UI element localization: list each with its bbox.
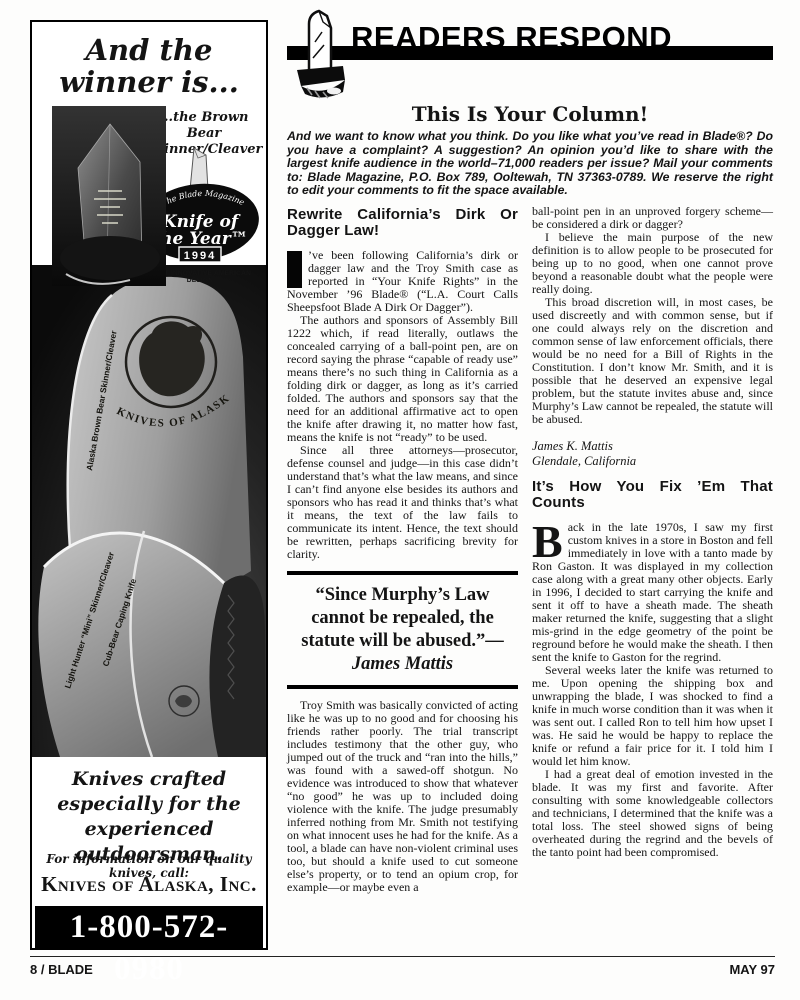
footer-issue-date: MAY 97	[729, 962, 775, 977]
knife-trophy-icon	[289, 8, 349, 104]
ad-company-name: Knives of Alaska, Inc.	[32, 872, 266, 897]
readers-respond-section: READERS RESPOND This Is Your Column! And…	[287, 8, 773, 894]
trophy-photo-graphic	[52, 106, 166, 286]
badge-year: 1994	[184, 250, 216, 262]
knives-of-alaska-ad: And the winner is...	[30, 20, 268, 950]
letter2-heading: It’s How You Fix ’Em That Counts	[532, 479, 773, 512]
letter1-heading: Rewrite California’s Dirk Or Dagger Law!	[287, 207, 518, 240]
letters-columns: Rewrite California’s Dirk Or Dagger Law!…	[287, 205, 773, 894]
pull-quote-text: “Since Murphy’s Law cannot be repealed, …	[301, 585, 504, 651]
column-intro-title: This Is Your Column!	[287, 102, 773, 126]
letter1-paragraph: Since all three attorneys—prosecutor, de…	[287, 444, 518, 561]
magazine-page: And the winner is...	[0, 0, 800, 1000]
signature-location: Glendale, California	[532, 454, 773, 469]
page-footer: 8 / BLADE MAY 97	[30, 962, 775, 977]
footer-page-number: 8 / BLADE	[30, 962, 93, 977]
column-intro: This Is Your Column! And we want to know…	[287, 102, 773, 198]
ad-phone-number: 1-800-572-0980	[35, 906, 263, 948]
column-right: ball-point pen in an unproved forgery sc…	[532, 205, 773, 894]
section-title: READERS RESPOND	[351, 20, 672, 56]
dropcap-i: I	[287, 251, 302, 288]
column-intro-body: And we want to know what you think. Do y…	[287, 130, 773, 198]
ad-headline: And the winner is...	[32, 34, 266, 98]
letter1-paragraph: I believe the main purpose of the new de…	[532, 231, 773, 296]
signature-name: James K. Mattis	[532, 439, 773, 454]
column-left: Rewrite California’s Dirk Or Dagger Law!…	[287, 205, 518, 894]
letter1-paragraph: I’ve been following California’s dirk or…	[287, 249, 518, 314]
letter1-paragraph: This broad discretion will, in most case…	[532, 296, 773, 426]
letter2-paragraph: Several weeks later the knife was return…	[532, 664, 773, 768]
dropcap-b: B	[532, 523, 563, 560]
knife-product-photo: KNIVES OF ALASKA Alaska Brown Bear Skinn…	[32, 265, 266, 757]
knife-photo-graphic: KNIVES OF ALASKA Alaska Brown Bear Skinn…	[32, 265, 266, 757]
badge-title-line2: the Year™	[152, 229, 247, 249]
pull-quote-attribution: James Mattis	[352, 654, 453, 674]
letter2-paragraph: I had a great deal of emotion invested i…	[532, 768, 773, 859]
letter1-signature: James K. Mattis Glendale, California	[532, 439, 773, 469]
letter1-paragraph: The authors and sponsors of Assembly Bil…	[287, 314, 518, 444]
pull-quote: “Since Murphy’s Law cannot be repealed, …	[287, 571, 518, 689]
letter1-paragraph: ball-point pen in an unproved forgery sc…	[532, 205, 773, 231]
letter1-p1-text: ’ve been following California’s dirk or …	[287, 248, 518, 314]
letter2-p1-text: ack in the late 1970s, I saw my first cu…	[532, 520, 773, 664]
footer-rule	[30, 956, 775, 957]
award-trophy-photo	[52, 106, 166, 286]
letter1-paragraph: Troy Smith was basically convicted of ac…	[287, 699, 518, 894]
section-masthead: READERS RESPOND	[287, 8, 773, 100]
letter2-paragraph: Back in the late 1970s, I saw my first c…	[532, 521, 773, 664]
